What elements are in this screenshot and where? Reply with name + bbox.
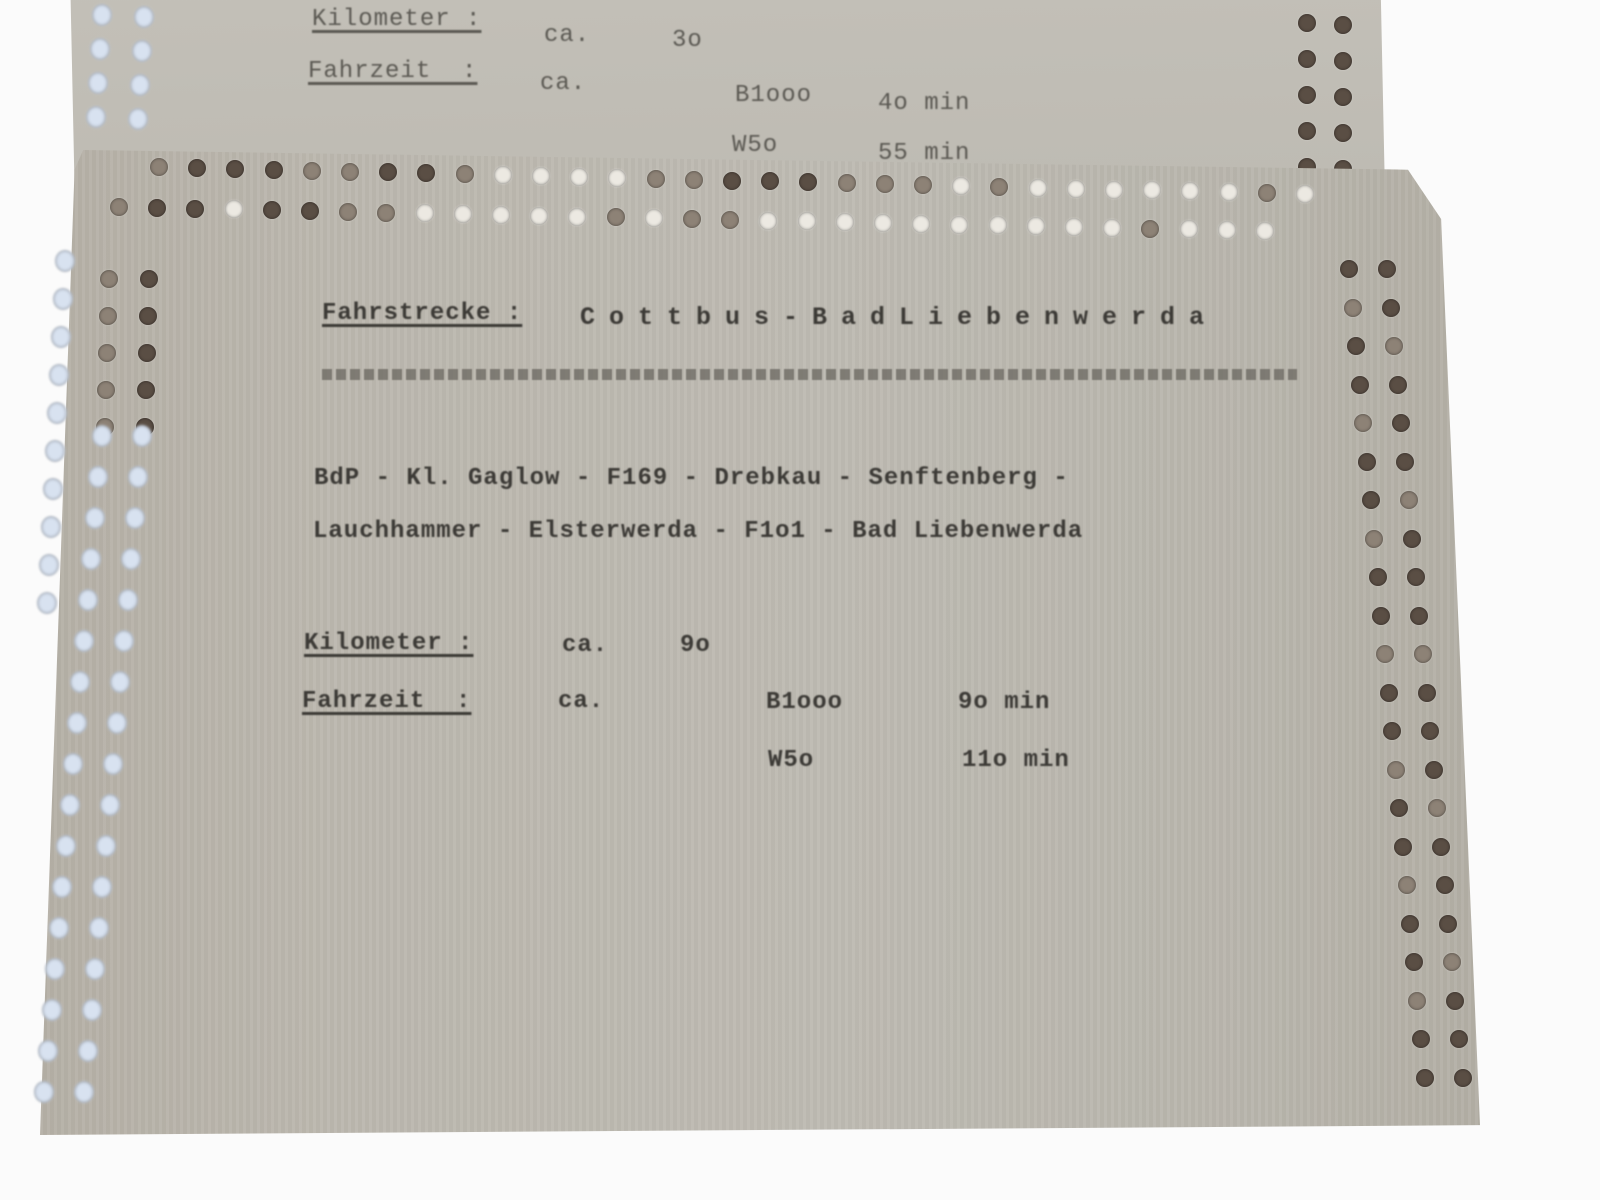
perforation-hole bbox=[1344, 299, 1362, 317]
perforation-hole bbox=[1103, 219, 1121, 237]
perforation-hole bbox=[1405, 953, 1423, 971]
perforation-hole bbox=[1372, 607, 1390, 625]
perforation-hole bbox=[1436, 876, 1454, 894]
back-time-vehicle-2: W5o bbox=[732, 132, 778, 159]
perforation-hole bbox=[100, 270, 118, 288]
perforation-hole bbox=[265, 161, 283, 179]
perforation-hole bbox=[78, 1040, 98, 1062]
perforation-hole bbox=[1358, 453, 1376, 471]
perforation-hole bbox=[723, 172, 741, 190]
perforation-hole bbox=[1298, 50, 1316, 68]
back-kilometer-value: 3o bbox=[672, 27, 703, 54]
perforation-hole bbox=[301, 202, 319, 220]
perforation-hole bbox=[454, 205, 472, 223]
kilometer-approx: ca. bbox=[562, 632, 608, 659]
perforation-hole bbox=[60, 794, 80, 816]
perforation-hole bbox=[1369, 568, 1387, 586]
perforation-hole bbox=[1220, 183, 1238, 201]
perforation-hole bbox=[96, 835, 116, 857]
perforation-hole bbox=[1414, 645, 1432, 663]
perforation-hole bbox=[798, 212, 816, 230]
kilometer-value: 9o bbox=[680, 632, 711, 659]
perforation-hole bbox=[134, 6, 154, 28]
perforation-hole bbox=[456, 165, 474, 183]
route-label: Fahrstrecke : bbox=[322, 300, 522, 327]
perforation-hole bbox=[303, 162, 321, 180]
perforation-hole bbox=[139, 307, 157, 325]
perforation-hole bbox=[1334, 88, 1352, 106]
perforation-hole bbox=[416, 204, 434, 222]
perforation-hole bbox=[952, 177, 970, 195]
perforation-hole bbox=[1454, 1069, 1472, 1087]
perforation-hole bbox=[1105, 181, 1123, 199]
route-title: Cottbus-BadLiebenwerda bbox=[580, 303, 1218, 332]
perforation-hole bbox=[1298, 86, 1316, 104]
perforation-hole bbox=[78, 589, 98, 611]
route-line-1: BdP - Kl. Gaglow - F169 - Drebkau - Senf… bbox=[314, 465, 1069, 492]
perforation-hole bbox=[225, 200, 243, 218]
perforation-hole bbox=[99, 307, 117, 325]
perforation-hole bbox=[1407, 568, 1425, 586]
perforation-hole bbox=[100, 794, 120, 816]
perforation-hole bbox=[377, 204, 395, 222]
perforation-hole bbox=[138, 344, 156, 362]
back-time-vehicle-1: B1ooo bbox=[735, 82, 812, 109]
perforation-hole bbox=[41, 516, 61, 538]
perforation-hole bbox=[1412, 1030, 1430, 1048]
time-duration-1: 9o min bbox=[958, 689, 1050, 716]
perforation-hole bbox=[1380, 684, 1398, 702]
perforation-hole bbox=[1296, 185, 1314, 203]
perforation-hole bbox=[67, 712, 87, 734]
perforation-hole bbox=[118, 589, 138, 611]
perforation-hole bbox=[107, 712, 127, 734]
perforation-hole bbox=[1416, 1069, 1434, 1087]
perforation-hole bbox=[92, 425, 112, 447]
perforation-hole bbox=[759, 212, 777, 230]
perforation-hole bbox=[1443, 953, 1461, 971]
perforation-hole bbox=[130, 74, 150, 96]
perforation-hole bbox=[132, 40, 152, 62]
back-kilometer-label: Kilometer : bbox=[312, 6, 481, 33]
perforation-hole bbox=[1400, 491, 1418, 509]
time-duration-2: 11o min bbox=[962, 747, 1070, 774]
perforation-hole bbox=[37, 592, 57, 614]
perforation-hole bbox=[92, 4, 112, 26]
perforation-hole bbox=[150, 158, 168, 176]
time-vehicle-2: W5o bbox=[768, 747, 814, 774]
perforation-hole bbox=[88, 72, 108, 94]
perforation-hole bbox=[1418, 684, 1436, 702]
perforation-hole bbox=[90, 38, 110, 60]
perforation-hole bbox=[55, 250, 75, 272]
perforation-hole bbox=[532, 167, 550, 185]
back-kilometer-approx: ca. bbox=[544, 22, 590, 49]
fahrzeit-label: Fahrzeit : bbox=[302, 688, 471, 715]
perforation-hole bbox=[1027, 217, 1045, 235]
perforation-hole bbox=[43, 478, 63, 500]
perforation-hole bbox=[1065, 218, 1083, 236]
perforation-hole bbox=[838, 174, 856, 192]
perforation-hole bbox=[914, 176, 932, 194]
perforation-hole bbox=[114, 630, 134, 652]
perforation-hole bbox=[1398, 876, 1416, 894]
perforation-hole bbox=[494, 166, 512, 184]
perforation-hole bbox=[1408, 992, 1426, 1010]
document-photo: Kilometer : ca. 3o Fahrzeit : ca. B1ooo … bbox=[0, 0, 1600, 1200]
perforation-hole bbox=[530, 207, 548, 225]
perforation-hole bbox=[1378, 260, 1396, 278]
back-time-duration-1: 4o min bbox=[878, 90, 970, 117]
perforation-hole bbox=[1425, 761, 1443, 779]
perforation-hole bbox=[128, 108, 148, 130]
perforation-hole bbox=[82, 999, 102, 1021]
perforation-hole bbox=[876, 175, 894, 193]
perforation-hole bbox=[1218, 221, 1236, 239]
perforation-hole bbox=[1401, 915, 1419, 933]
perforation-hole bbox=[950, 216, 968, 234]
perforation-hole bbox=[647, 170, 665, 188]
perforation-hole bbox=[1410, 607, 1428, 625]
perforation-hole bbox=[339, 203, 357, 221]
perforation-hole bbox=[912, 215, 930, 233]
perforation-hole bbox=[132, 425, 152, 447]
perforation-hole bbox=[1450, 1030, 1468, 1048]
front-route-card bbox=[40, 150, 1480, 1135]
perforation-hole bbox=[874, 214, 892, 232]
fahrzeit-approx: ca. bbox=[558, 688, 604, 715]
perforation-hole bbox=[1298, 14, 1316, 32]
perforation-hole bbox=[56, 835, 76, 857]
perforation-hole bbox=[1340, 260, 1358, 278]
perforation-hole bbox=[1029, 179, 1047, 197]
perforation-hole bbox=[1298, 122, 1316, 140]
back-fahrzeit-approx: ca. bbox=[540, 70, 586, 97]
perforation-hole bbox=[49, 917, 69, 939]
time-vehicle-1: B1ooo bbox=[766, 689, 843, 716]
perforation-hole bbox=[570, 168, 588, 186]
perforation-hole bbox=[1365, 530, 1383, 548]
perforation-hole bbox=[1389, 376, 1407, 394]
perforation-hole bbox=[1387, 761, 1405, 779]
perforation-hole bbox=[1362, 491, 1380, 509]
perforation-hole bbox=[186, 200, 204, 218]
perforation-hole bbox=[148, 199, 166, 217]
perforation-hole bbox=[42, 999, 62, 1021]
perforation-hole bbox=[341, 163, 359, 181]
perforation-hole bbox=[38, 1040, 58, 1062]
route-line-2: Lauchhammer - Elsterwerda - F1o1 - Bad L… bbox=[313, 518, 1083, 545]
perforation-hole bbox=[1382, 299, 1400, 317]
perforation-hole bbox=[1376, 645, 1394, 663]
perforation-hole bbox=[85, 507, 105, 529]
perforation-hole bbox=[49, 364, 69, 386]
perforation-hole bbox=[1403, 530, 1421, 548]
perforation-hole bbox=[89, 917, 109, 939]
separator-line bbox=[322, 369, 1297, 380]
perforation-hole bbox=[39, 554, 59, 576]
kilometer-label: Kilometer : bbox=[304, 630, 473, 657]
perforation-hole bbox=[140, 270, 158, 288]
perforation-hole bbox=[1334, 16, 1352, 34]
perforation-hole bbox=[47, 402, 67, 424]
perforation-hole bbox=[125, 507, 145, 529]
perforation-hole bbox=[568, 208, 586, 226]
back-fahrzeit-label: Fahrzeit : bbox=[308, 58, 477, 85]
perforation-hole bbox=[74, 630, 94, 652]
perforation-hole bbox=[607, 208, 625, 226]
perforation-hole bbox=[1432, 838, 1450, 856]
perforation-hole bbox=[1334, 52, 1352, 70]
perforation-hole bbox=[685, 171, 703, 189]
perforation-hole bbox=[1334, 124, 1352, 142]
perforation-hole bbox=[86, 106, 106, 128]
perforation-hole bbox=[1446, 992, 1464, 1010]
perforation-hole bbox=[1256, 222, 1274, 240]
perforation-hole bbox=[1396, 453, 1414, 471]
perforation-hole bbox=[1258, 184, 1276, 202]
perforation-hole bbox=[1439, 915, 1457, 933]
perforation-hole bbox=[51, 326, 71, 348]
perforation-hole bbox=[836, 213, 854, 231]
perforation-hole bbox=[683, 210, 701, 228]
perforation-hole bbox=[1394, 838, 1412, 856]
perforation-hole bbox=[492, 206, 510, 224]
perforation-hole bbox=[137, 381, 155, 399]
perforation-hole bbox=[1351, 376, 1369, 394]
perforation-hole bbox=[45, 440, 65, 462]
perforation-hole bbox=[110, 198, 128, 216]
perforation-hole bbox=[1067, 180, 1085, 198]
perforation-hole bbox=[1180, 220, 1198, 238]
perforation-hole bbox=[1141, 220, 1159, 238]
perforation-hole bbox=[53, 288, 73, 310]
perforation-hole bbox=[989, 216, 1007, 234]
perforation-hole bbox=[263, 201, 281, 219]
perforation-hole bbox=[645, 209, 663, 227]
perforation-hole bbox=[97, 381, 115, 399]
perforation-hole bbox=[98, 344, 116, 362]
perforation-hole bbox=[721, 211, 739, 229]
perforation-hole bbox=[188, 159, 206, 177]
